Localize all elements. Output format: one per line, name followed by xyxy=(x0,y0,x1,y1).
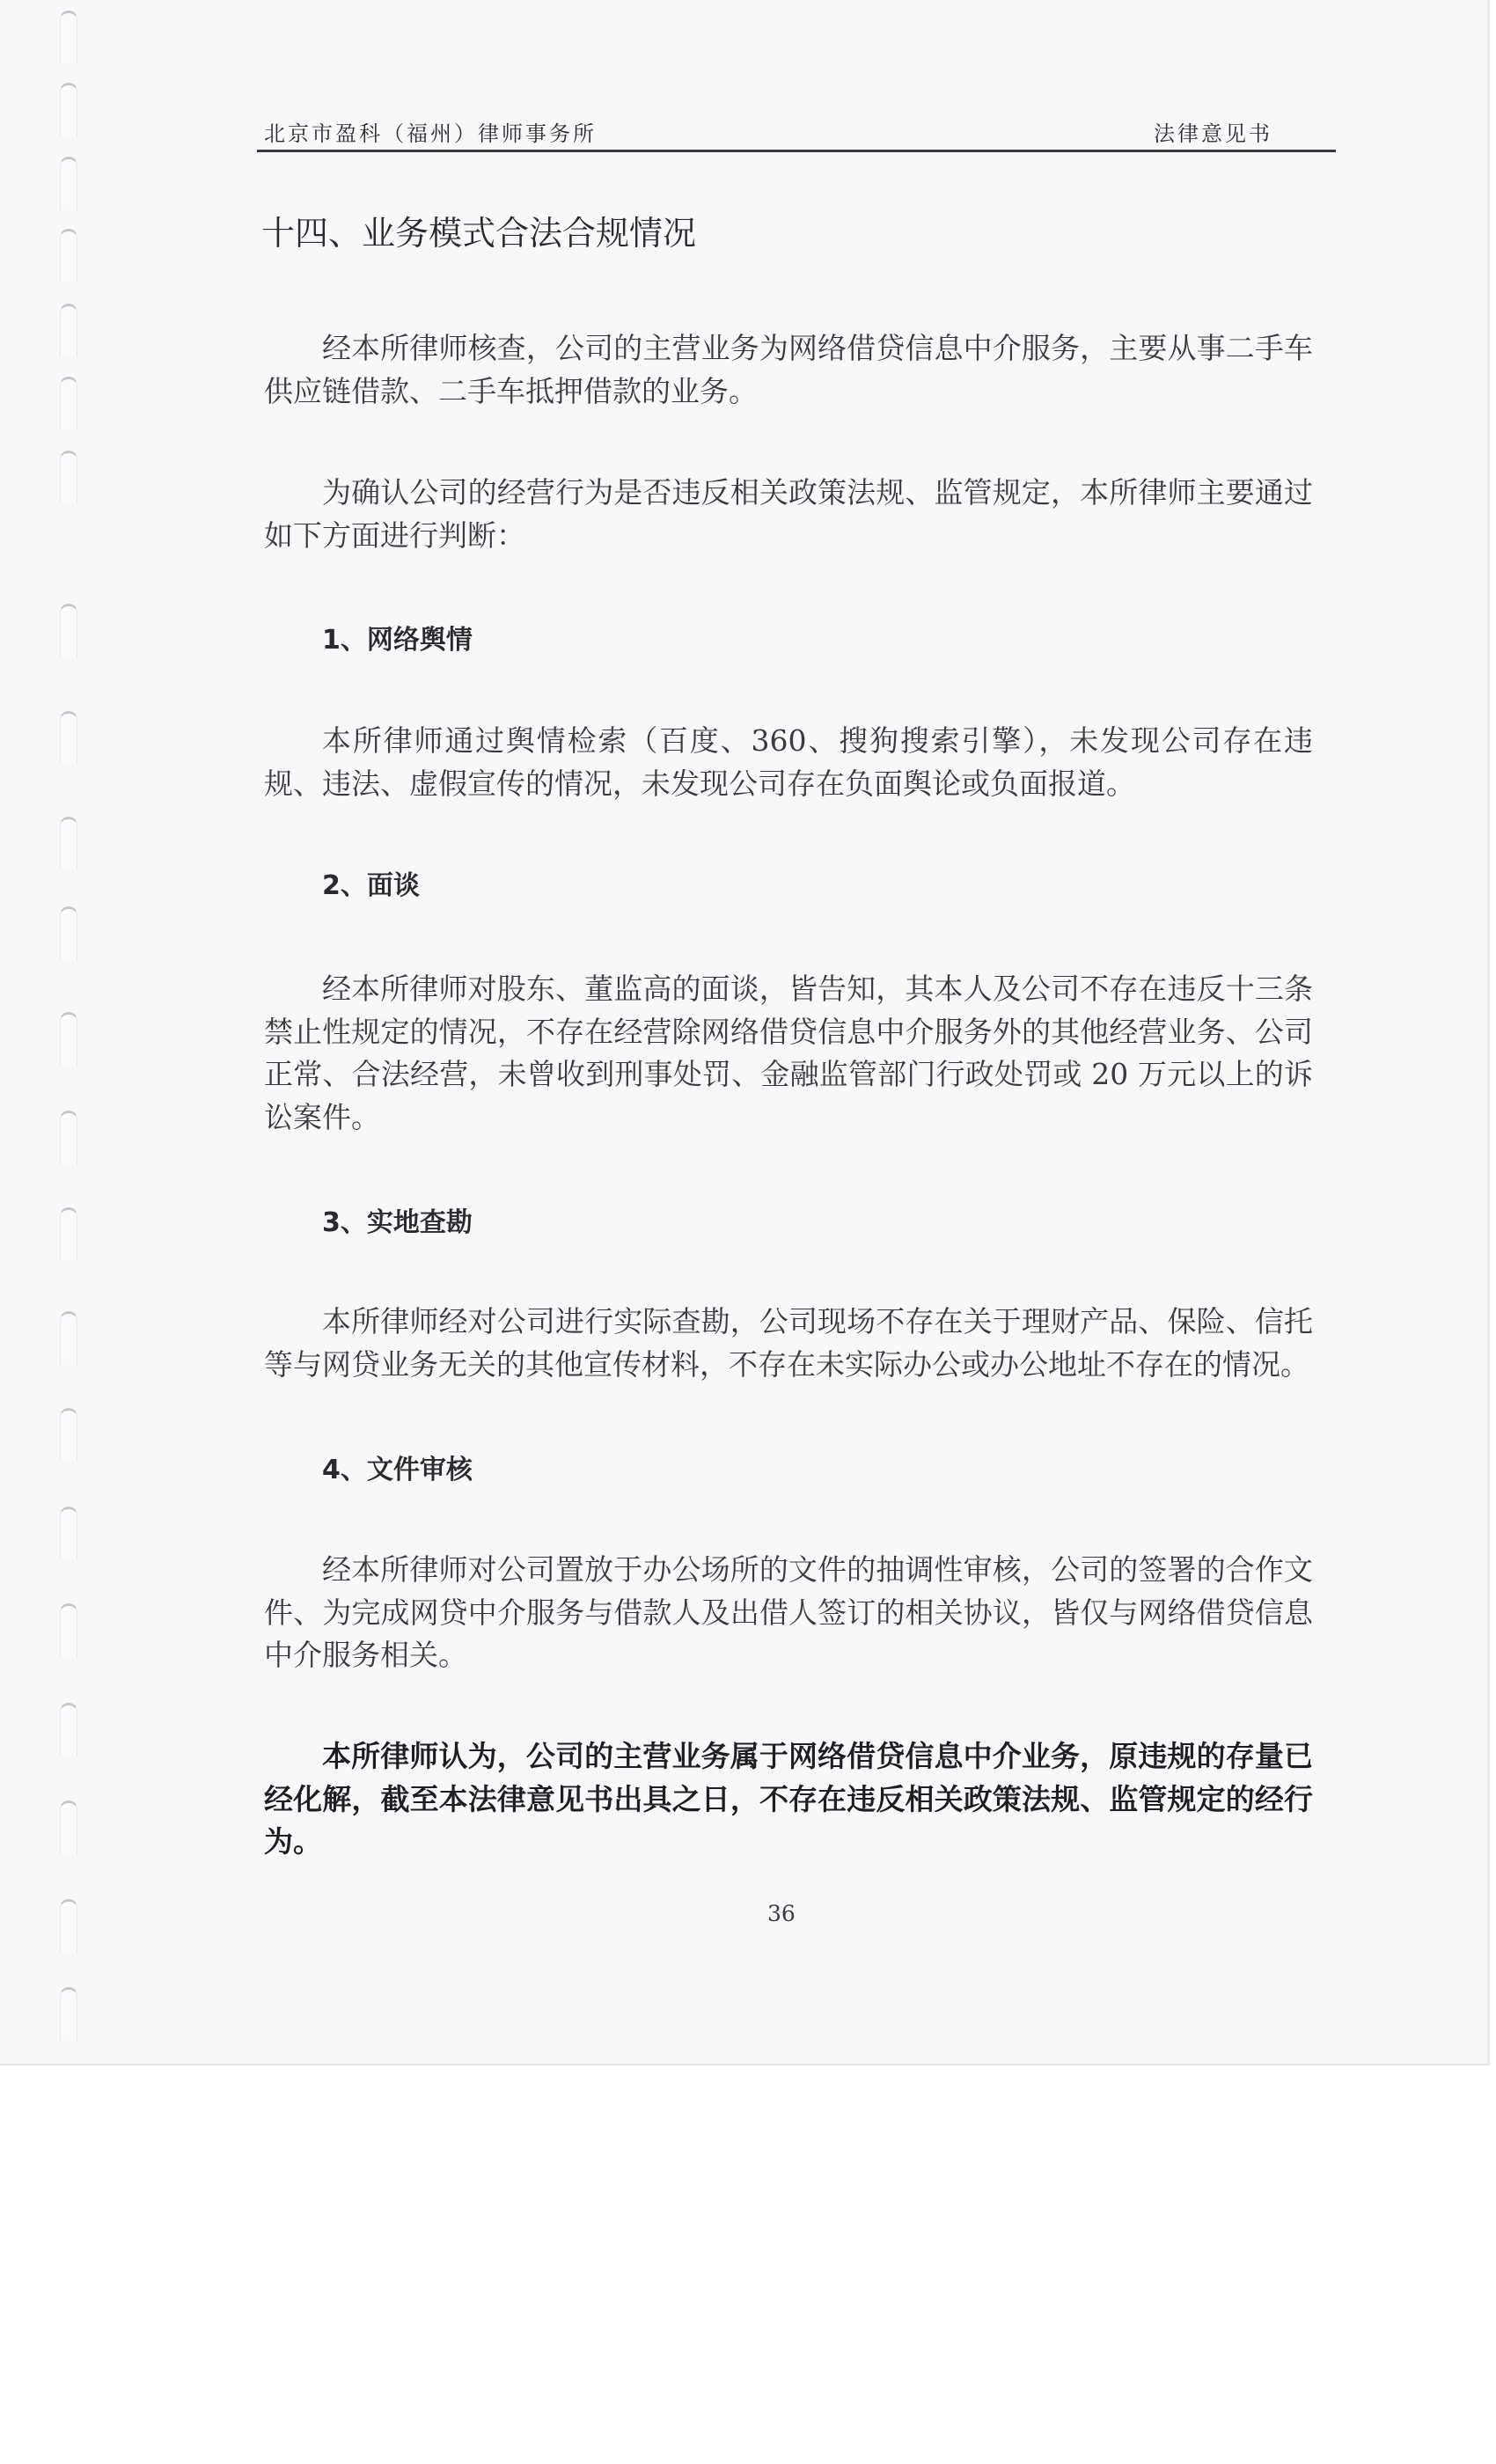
binding-hole-icon xyxy=(60,906,77,960)
binding-hole-icon xyxy=(60,304,77,357)
item-paragraph: 经本所律师对股东、董监高的面谈，皆告知，其本人及公司不存在违反十三条禁止性规定的… xyxy=(264,968,1313,1139)
binding-hole-icon xyxy=(60,377,77,430)
binding-hole-icon xyxy=(60,1800,77,1854)
binding-hole-icon xyxy=(60,1012,77,1066)
binding-hole-icon xyxy=(60,1111,77,1164)
binding-hole-icon xyxy=(60,157,77,210)
page-header: 北京市盈科（福州）律师事务所 法律意见书 xyxy=(257,114,1336,152)
firm-name: 北京市盈科（福州）律师事务所 xyxy=(264,116,597,147)
section-title: 十四、业务模式合法合规情况 xyxy=(261,206,696,254)
item-paragraph: 本所律师经对公司进行实际查勘，公司现场不存在关于理财产品、保险、信托等与网贷业务… xyxy=(264,1301,1313,1386)
document-type: 法律意见书 xyxy=(1154,116,1272,147)
binding-hole-icon xyxy=(60,711,77,765)
binding-hole-icon xyxy=(60,83,77,136)
item-heading: 2、面谈 xyxy=(322,863,420,902)
binding-hole-icon xyxy=(60,11,77,64)
item-paragraph: 经本所律师对公司置放于办公场所的文件的抽调性审核，公司的签署的合作文件、为完成网… xyxy=(264,1549,1313,1677)
binding-hole-icon xyxy=(60,451,77,504)
document-page: 北京市盈科（福州）律师事务所 法律意见书 十四、业务模式合法合规情况 经本所律师… xyxy=(0,0,1490,2065)
intro-paragraph: 经本所律师核查，公司的主营业务为网络借贷信息中介服务，主要从事二手车供应链借款、… xyxy=(264,327,1313,413)
binding-hole-icon xyxy=(60,1507,77,1560)
intro-paragraph: 为确认公司的经营行为是否违反相关政策法规、监管规定，本所律师主要通过如下方面进行… xyxy=(264,472,1313,557)
binding-hole-icon xyxy=(60,1408,77,1462)
binding-hole-icon xyxy=(60,604,77,657)
binding-hole-icon xyxy=(60,817,77,870)
page-number: 36 xyxy=(767,1901,796,1926)
binding-hole-icon xyxy=(60,1703,77,1756)
binding-hole-icon xyxy=(60,1603,77,1657)
item-heading: 1、网络舆情 xyxy=(322,618,473,656)
item-heading: 4、文件审核 xyxy=(322,1448,473,1486)
conclusion-paragraph: 本所律师认为，公司的主营业务属于网络借贷信息中介业务，原违规的存量已经化解，截至… xyxy=(264,1735,1313,1864)
binding-hole-icon xyxy=(60,1899,77,1953)
binding-hole-icon xyxy=(60,1987,77,2041)
binding-hole-icon xyxy=(60,1207,77,1261)
binding-hole-icon xyxy=(60,1311,77,1365)
binding-hole-icon xyxy=(60,229,77,282)
binding-holes xyxy=(53,0,88,2064)
item-heading: 3、实地查勘 xyxy=(322,1200,473,1239)
item-paragraph: 本所律师通过舆情检索（百度、360、搜狗搜索引擎），未发现公司存在违规、违法、虚… xyxy=(264,720,1313,805)
